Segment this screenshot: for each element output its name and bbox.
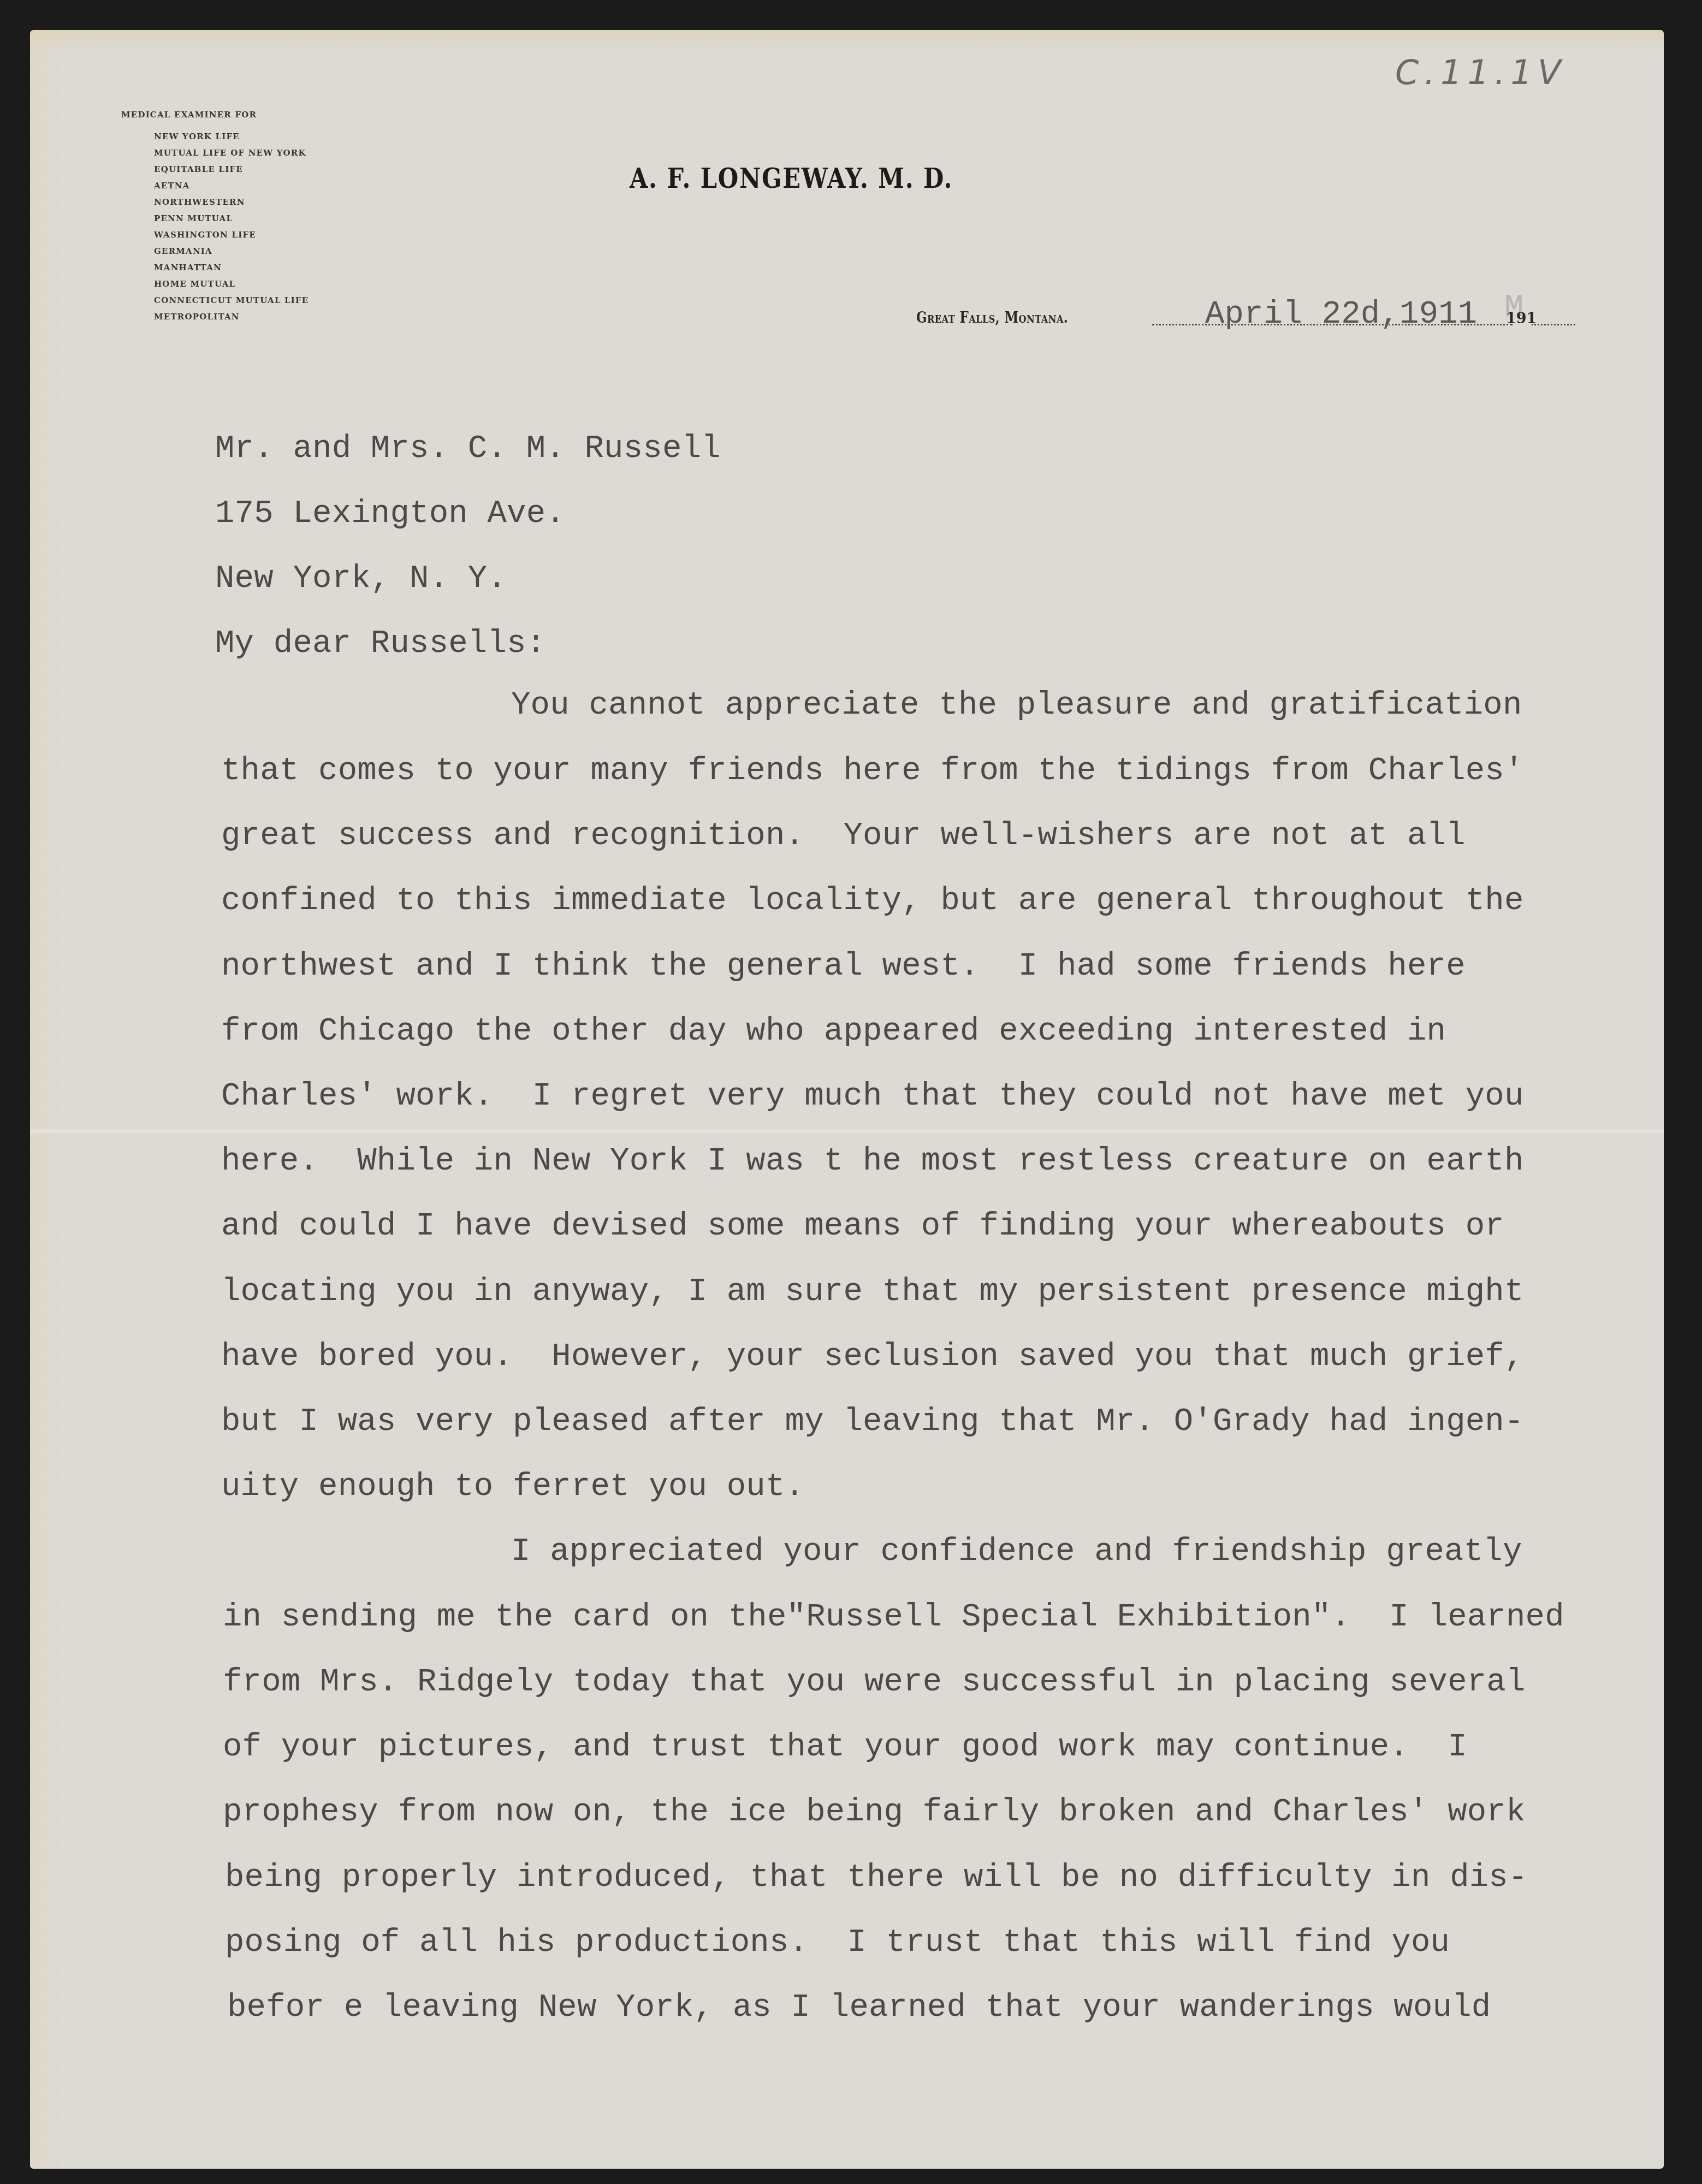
recipient-street: 175 Lexington Ave. [215,497,565,530]
company-item: GERMANIA [154,247,212,256]
body-line: posing of all his productions. I trust t… [225,1926,1450,1959]
body-line: northwest and I think the general west. … [221,950,1466,983]
examiner-heading: MEDICAL EXAMINER FOR [121,111,257,119]
body-line: prophesy from now on, the ice being fair… [223,1796,1526,1829]
company-item: MUTUAL LIFE OF NEW YORK [154,149,306,157]
company-item: PENN MUTUAL [154,215,233,223]
body-line: in sending me the card on the"Russell Sp… [223,1601,1564,1634]
body-line: being properly introduced, that there wi… [225,1861,1528,1894]
company-item: WASHINGTON LIFE [154,231,256,239]
date-dotted-rule-end [1532,324,1575,325]
date-overstrike: M [1504,292,1524,324]
body-line: befor e leaving New York, as I learned t… [227,1991,1491,2024]
letterhead-place: Great Falls, Montana. [916,310,1068,327]
body-line: of your pictures, and trust that your go… [223,1731,1467,1764]
body-line: have bored you. However, your seclusion … [221,1340,1524,1373]
body-line: confined to this immediate locality, but… [221,885,1524,917]
company-item: HOME MUTUAL [154,280,235,288]
salutation: My dear Russells: [215,627,545,660]
body-line: great success and recognition. Your well… [221,820,1466,852]
body-line: but I was very pleased after my leaving … [221,1405,1524,1438]
body-line: from Mrs. Ridgely today that you were su… [223,1666,1526,1699]
body-line: from Chicago the other day who appeared … [221,1015,1446,1048]
recipient-name: Mr. and Mrs. C. M. Russell [215,432,721,465]
body-line: You cannot appreciate the pleasure and g… [511,689,1522,722]
typed-date: April 22d,1911 [1205,298,1477,331]
company-item: CONNECTICUT MUTUAL LIFE [154,296,309,305]
body-line: I appreciated your confidence and friend… [511,1535,1522,1568]
body-line: uity enough to ferret you out. [221,1470,804,1503]
body-line: that comes to your many friends here fro… [221,755,1524,787]
body-line: here. While in New York I was t he most … [221,1145,1524,1178]
body-line: locating you in anyway, I am sure that m… [221,1275,1524,1308]
body-line: and could I have devised some means of f… [221,1210,1504,1243]
body-line: Charles' work. I regret very much that t… [221,1080,1524,1113]
company-item: NORTHWESTERN [154,198,245,206]
company-item: AETNA [154,182,190,190]
company-item: EQUITABLE LIFE [154,165,243,174]
recipient-city: New York, N. Y. [215,562,507,595]
company-item: MANHATTAN [154,264,222,272]
letterhead-name: A. F. LONGEWAY. M. D. [630,165,953,192]
company-item: NEW YORK LIFE [154,133,240,141]
company-item: METROPOLITAN [154,313,240,321]
archive-mark: C.11.1V [1395,56,1566,90]
